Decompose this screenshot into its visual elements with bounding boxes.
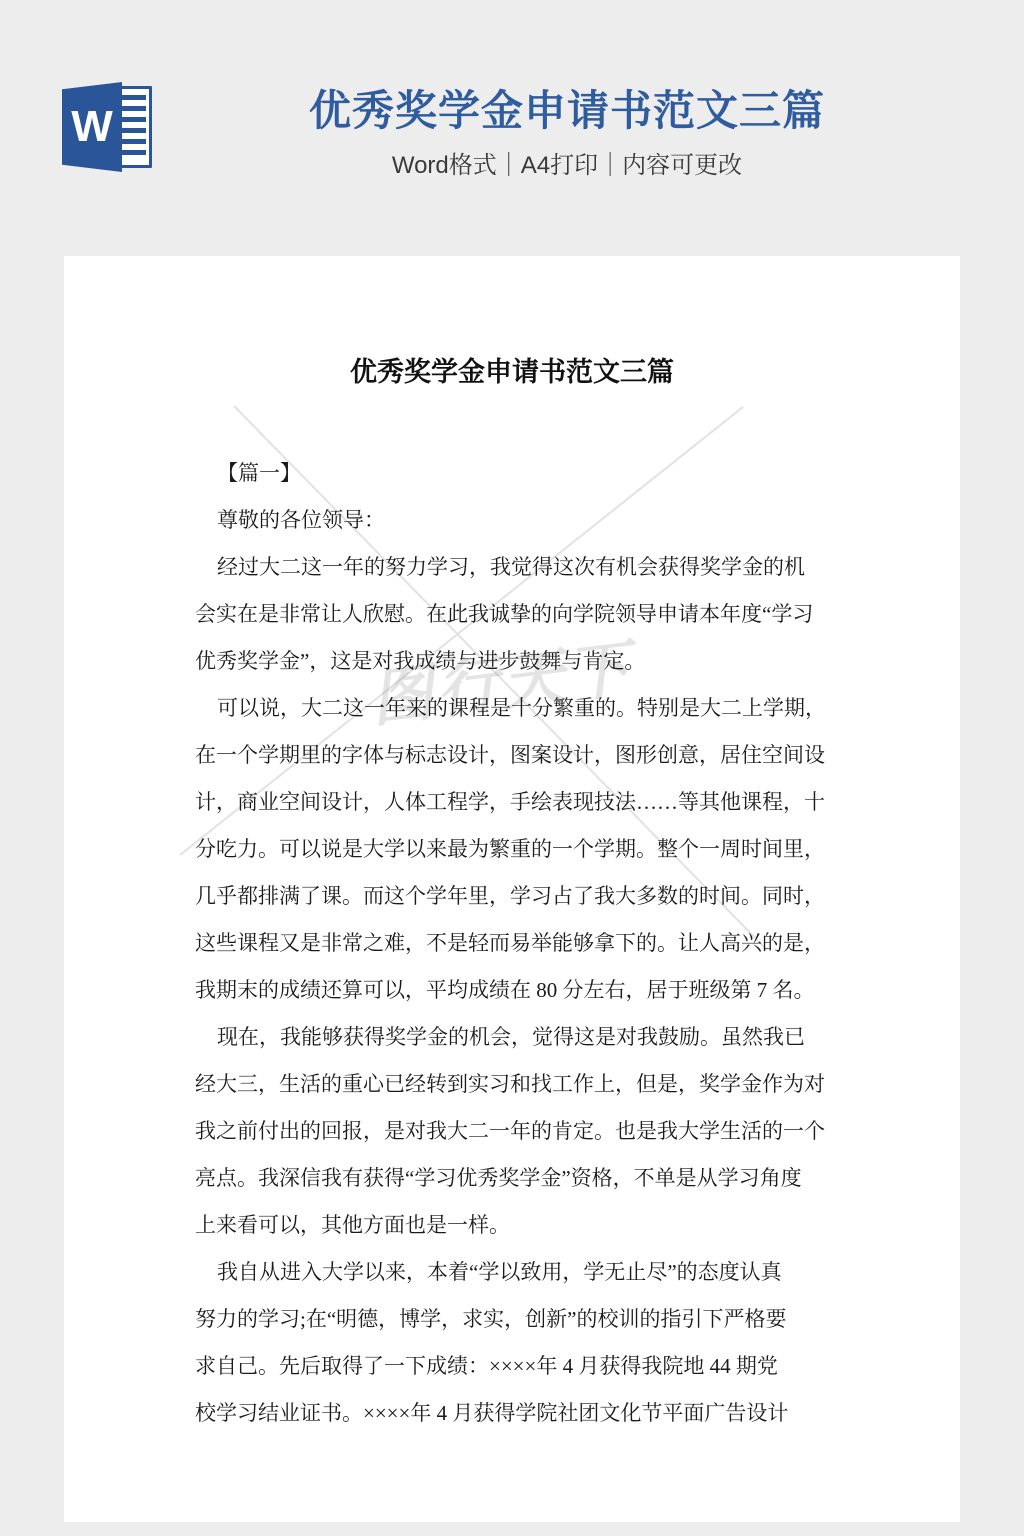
app-background: W 优秀奖学金申请书范文三篇 Word格式｜A4打印｜内容可更改 图行天下 优秀… <box>0 0 1024 1536</box>
header-title: 优秀奖学金申请书范文三篇 <box>110 86 1024 136</box>
doc-line: 我之前付出的回报，是对我大二一年的肯定。也是我大学生活的一个 <box>195 1108 829 1155</box>
doc-paragraph: 经过大二这一年的努力学习，我觉得这次有机会获得奖学金的机会实在是非常让人欣慰。在… <box>195 544 829 685</box>
doc-line: 几乎都排满了课。而这个学年里，学习占了我大多数的时间。同时， <box>195 873 829 920</box>
doc-line: 计，商业空间设计，人体工程学，手绘表现技法……等其他课程，十 <box>195 779 829 826</box>
doc-line: 现在，我能够获得奖学金的机会，觉得这是对我鼓励。虽然我已 <box>195 1014 829 1061</box>
doc-line: 上来看可以，其他方面也是一样。 <box>195 1202 829 1249</box>
doc-paragraph: 【篇一】 <box>195 450 829 497</box>
doc-paragraph: 尊敬的各位领导： <box>195 497 829 544</box>
doc-line: 校学习结业证书。××××年 4 月获得学院社团文化节平面广告设计 <box>195 1390 829 1437</box>
doc-line: 尊敬的各位领导： <box>195 497 829 544</box>
doc-line: 会实在是非常让人欣慰。在此我诚挚的向学院领导申请本年度“学习 <box>195 591 829 638</box>
doc-line: 我自从进入大学以来，本着“学以致用，学无止尽”的态度认真 <box>195 1249 829 1296</box>
doc-paragraph: 可以说，大二这一年来的课程是十分繁重的。特别是大二上学期，在一个学期里的字体与标… <box>195 685 829 1014</box>
header-subtitle: Word格式｜A4打印｜内容可更改 <box>110 152 1024 180</box>
doc-body: 【篇一】尊敬的各位领导：经过大二这一年的努力学习，我觉得这次有机会获得奖学金的机… <box>195 450 829 1437</box>
doc-content: 优秀奖学金申请书范文三篇 【篇一】尊敬的各位领导：经过大二这一年的努力学习，我觉… <box>195 256 829 1437</box>
doc-line: 努力的学习;在“明德，博学，求实，创新”的校训的指引下严格要 <box>195 1296 829 1343</box>
doc-line: 求自己。先后取得了一下成绩：××××年 4 月获得我院地 44 期党 <box>195 1343 829 1390</box>
doc-title: 优秀奖学金申请书范文三篇 <box>195 256 829 392</box>
doc-line: 我期末的成绩还算可以，平均成绩在 80 分左右，居于班级第 7 名。 <box>195 967 829 1014</box>
document-page: 图行天下 优秀奖学金申请书范文三篇 【篇一】尊敬的各位领导：经过大二这一年的努力… <box>64 256 960 1522</box>
header-text-block: 优秀奖学金申请书范文三篇 Word格式｜A4打印｜内容可更改 <box>110 86 1024 180</box>
doc-line: 【篇一】 <box>195 450 829 497</box>
doc-line: 在一个学期里的字体与标志设计，图案设计，图形创意，居住空间设 <box>195 732 829 779</box>
doc-line: 分吃力。可以说是大学以来最为繁重的一个学期。整个一周时间里， <box>195 826 829 873</box>
doc-line: 可以说，大二这一年来的课程是十分繁重的。特别是大二上学期， <box>195 685 829 732</box>
doc-line: 亮点。我深信我有获得“学习优秀奖学金”资格，不单是从学习角度 <box>195 1155 829 1202</box>
doc-line: 优秀奖学金”，这是对我成绩与进步鼓舞与肯定。 <box>195 638 829 685</box>
doc-paragraph: 现在，我能够获得奖学金的机会，觉得这是对我鼓励。虽然我已经大三，生活的重心已经转… <box>195 1014 829 1249</box>
doc-line: 经大三，生活的重心已经转到实习和找工作上，但是，奖学金作为对 <box>195 1061 829 1108</box>
doc-line: 这些课程又是非常之难，不是轻而易举能够拿下的。让人高兴的是， <box>195 920 829 967</box>
header: W 优秀奖学金申请书范文三篇 Word格式｜A4打印｜内容可更改 <box>0 0 1024 256</box>
word-icon-letter: W <box>71 105 113 149</box>
doc-paragraph: 我自从进入大学以来，本着“学以致用，学无止尽”的态度认真努力的学习;在“明德，博… <box>195 1249 829 1437</box>
doc-line: 经过大二这一年的努力学习，我觉得这次有机会获得奖学金的机 <box>195 544 829 591</box>
